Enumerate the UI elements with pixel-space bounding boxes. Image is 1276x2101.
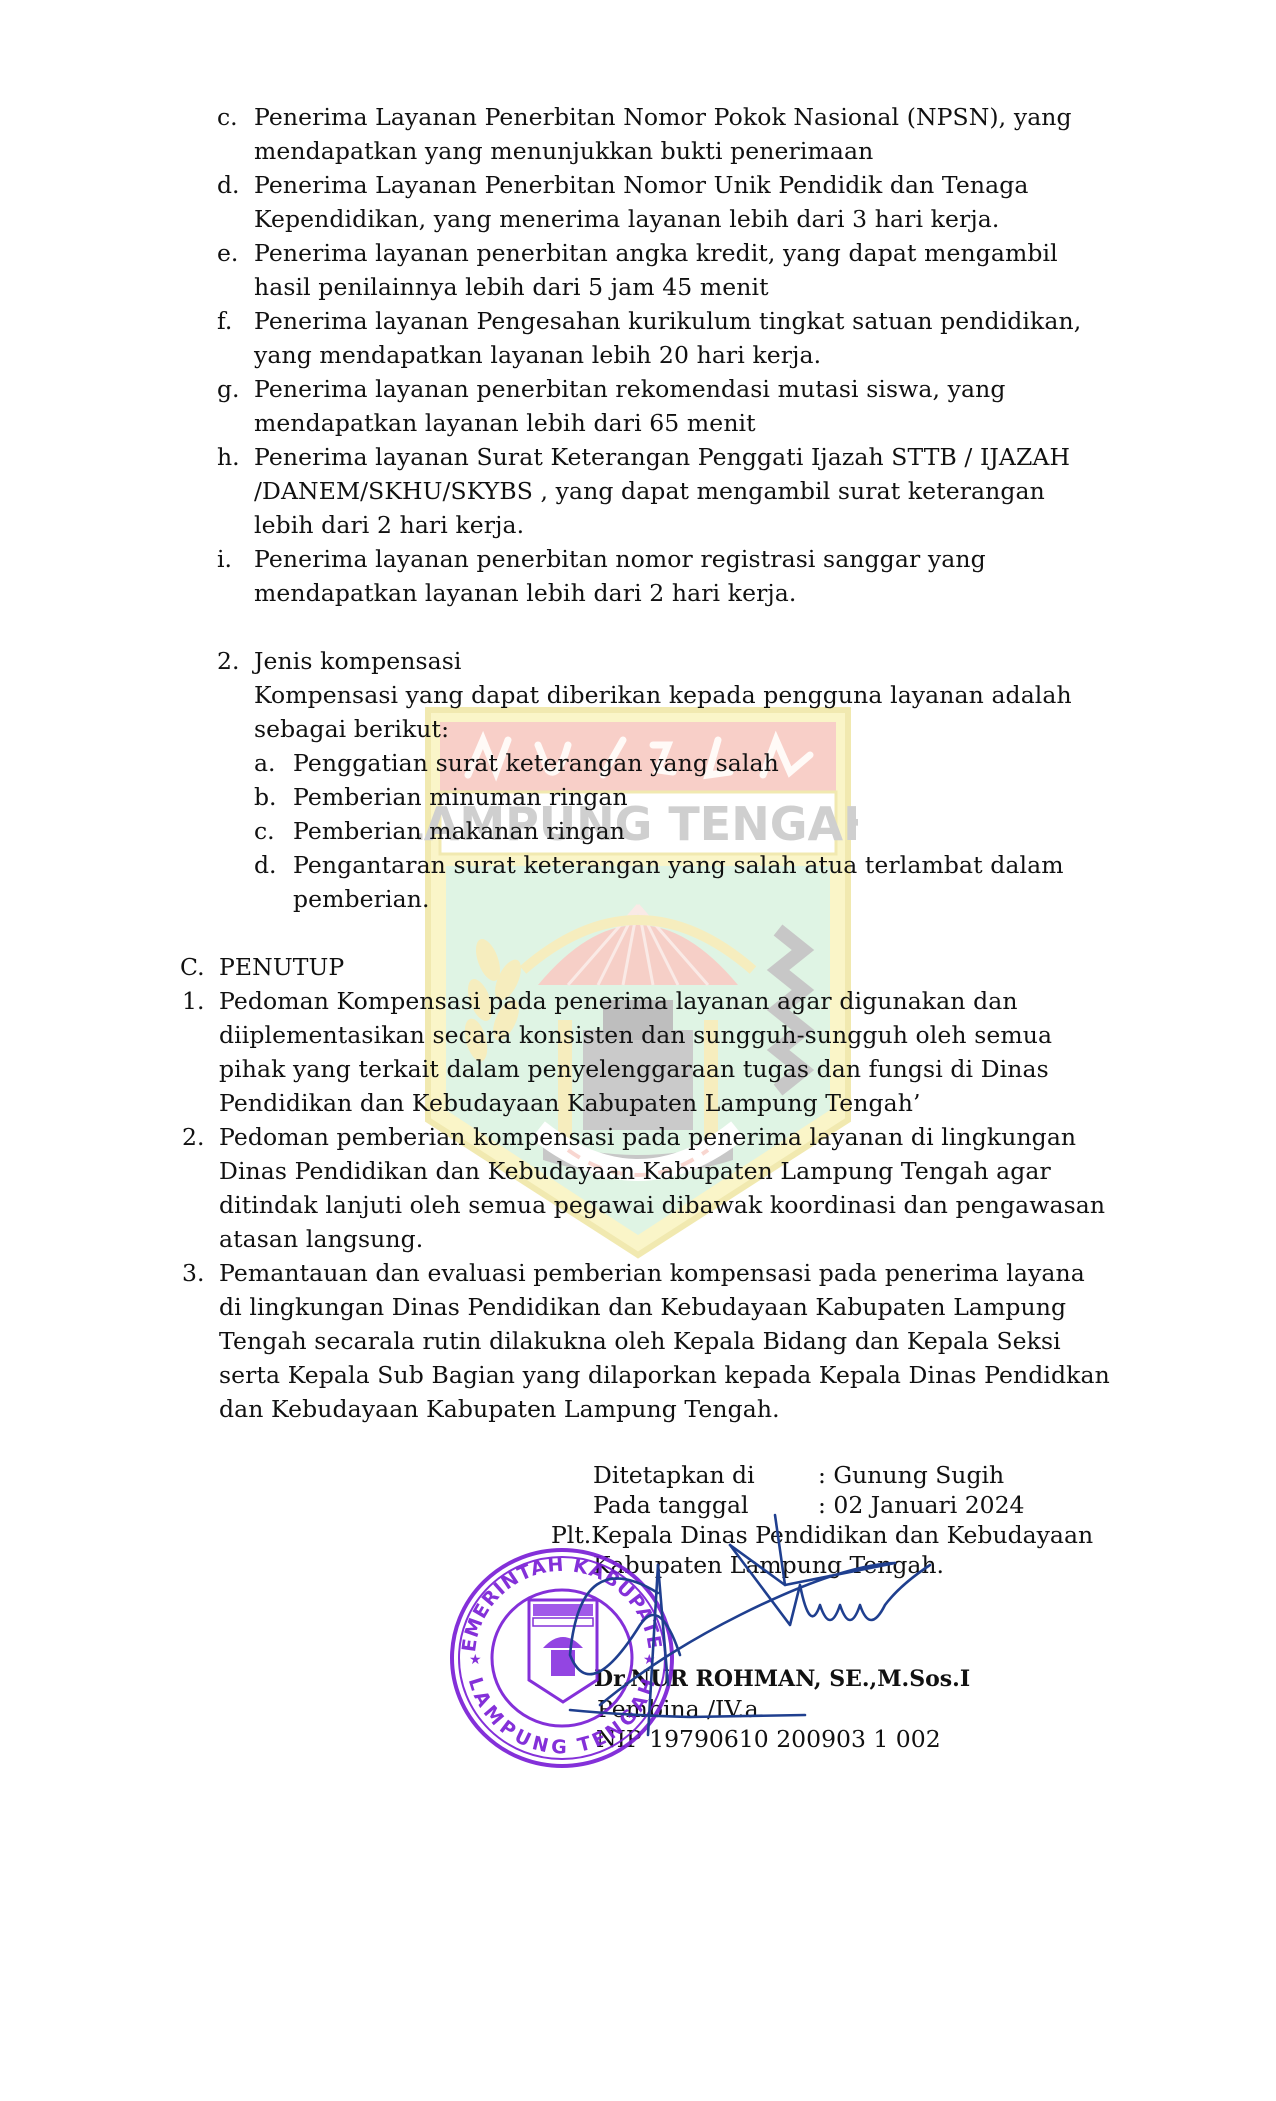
list-label: d. [254,848,277,882]
list-label: i. [217,542,232,576]
list-text: Pemantauan dan evaluasi pemberian kompen… [219,1256,1085,1290]
list-text: mendapatkan layanan lebih dari 2 hari ke… [254,576,797,610]
section-heading: PENUTUP [219,950,344,984]
list-text: Penerima layanan Pengesahan kurikulum ti… [254,304,1081,338]
list-text: /DANEM/SKHU/SKYBS , yang dapat mengambil… [254,474,1045,508]
list-text: hasil penilainnya lebih dari 5 jam 45 me… [254,270,769,304]
list-text: pemberian. [293,882,430,916]
list-text: di lingkungan Dinas Pendidikan dan Kebud… [219,1290,1066,1324]
list-text: Pemberian minuman ringan [293,780,628,814]
list-text: Pengantaran surat keterangan yang salah … [293,848,1064,882]
section-letter: C. [180,950,205,984]
list-text: Kependidikan, yang menerima layanan lebi… [254,202,999,236]
list-label: g. [217,372,240,406]
list-text: Pedoman Kompensasi pada penerima layanan… [219,984,1018,1018]
document-page: LAMPUNG TENGAH [0,0,1276,2101]
section-intro: Kompensasi yang dapat diberikan kepada p… [254,678,1072,712]
list-text: Pedoman pemberian kompensasi pada peneri… [219,1120,1076,1154]
list-text: Penggatian surat keterangan yang salah [293,746,779,780]
list-label: 1. [182,984,204,1018]
list-label: b. [254,780,277,814]
list-text: Penerima Layanan Penerbitan Nomor Pokok … [254,100,1072,134]
list-text: Penerima layanan penerbitan nomor regist… [254,542,986,576]
list-text: dan Kebudayaan Kabupaten Lampung Tengah. [219,1392,780,1426]
list-label: c. [217,100,238,134]
list-text: Penerima layanan penerbitan rekomendasi … [254,372,1005,406]
list-text: Penerima layanan Surat Keterangan Pengga… [254,440,1070,474]
list-text: yang mendapatkan layanan lebih 20 hari k… [254,338,821,372]
list-text: pihak yang terkait dalam penyelenggaraan… [219,1052,1049,1086]
list-text: serta Kepala Sub Bagian yang dilaporkan … [219,1358,1110,1392]
list-label: a. [254,746,275,780]
list-label: e. [217,236,238,270]
list-text: Pemberian makanan ringan [293,814,625,848]
section-intro: sebagai berikut: [254,712,449,746]
section-title: Jenis kompensasi [254,644,462,678]
list-text: diiplementasikan secara konsisten dan su… [219,1018,1052,1052]
list-label: h. [217,440,240,474]
list-text: Penerima layanan penerbitan angka kredit… [254,236,1058,270]
svg-text:★: ★ [469,1652,482,1668]
list-text: mendapatkan layanan lebih dari 65 menit [254,406,756,440]
list-label: f. [217,304,232,338]
place-value: : Gunung Sugih [818,1460,1004,1490]
list-label: 2. [182,1120,204,1154]
list-label: c. [254,814,275,848]
document-body: c. Penerima Layanan Penerbitan Nomor Pok… [0,0,1276,2101]
place-label: Ditetapkan di [593,1460,755,1490]
list-text: Penerima Layanan Penerbitan Nomor Unik P… [254,168,1028,202]
list-text: mendapatkan yang menunjukkan bukti pener… [254,134,873,168]
section-number: 2. [217,644,239,678]
list-label: 3. [182,1256,204,1290]
list-text: atasan langsung. [219,1222,423,1256]
list-label: d. [217,168,240,202]
list-text: ditindak lanjuti oleh semua pegawai diba… [219,1188,1105,1222]
list-text: Dinas Pendidikan dan Kebudayaan Kabupate… [219,1154,1051,1188]
handwritten-signature-icon [540,1505,1020,1785]
list-text: lebih dari 2 hari kerja. [254,508,524,542]
list-text: Tengah secarala rutin dilakukna oleh Kep… [219,1324,1061,1358]
list-text: Pendidikan dan Kebudayaan Kabupaten Lamp… [219,1086,921,1120]
